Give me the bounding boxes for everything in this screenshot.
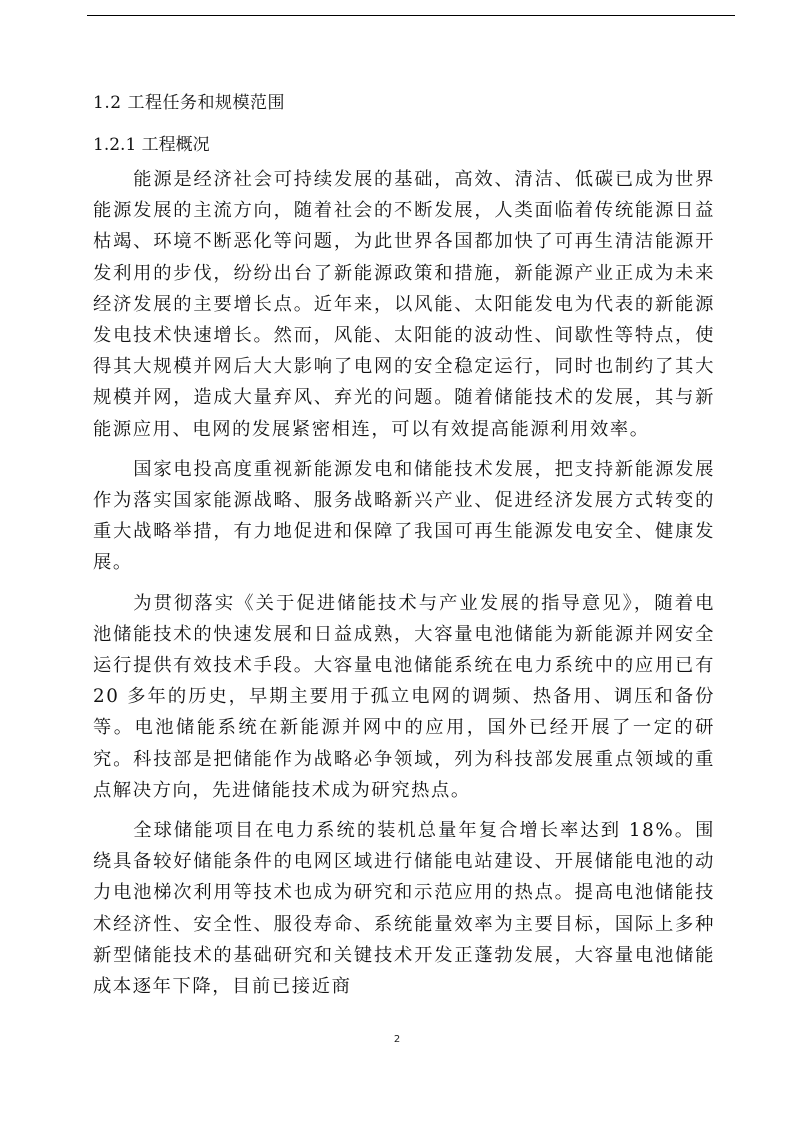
section-heading: 1.2 工程任务和规模范围 [93,88,715,118]
paragraph: 为贯彻落实《关于促进储能技术与产业发展的指导意见》，随着电池储能技术的快速发展和… [93,588,715,806]
page-number: 2 [0,1034,794,1045]
paragraph: 能源是经济社会可持续发展的基础，高效、清洁、低碳已成为世界能源发展的主流方向，随… [93,164,715,445]
paragraph: 国家电投高度重视新能源发电和储能技术发展，把支持新能源发展作为落实国家能源战略、… [93,454,715,579]
subsection-heading: 1.2.1 工程概况 [93,130,715,160]
header-rule [87,15,735,16]
paragraph: 全球储能项目在电力系统的装机总量年复合增长率达到 18%。围绕具备较好储能条件的… [93,815,715,1002]
page-content: 1.2 工程任务和规模范围 1.2.1 工程概况 能源是经济社会可持续发展的基础… [93,88,715,1011]
